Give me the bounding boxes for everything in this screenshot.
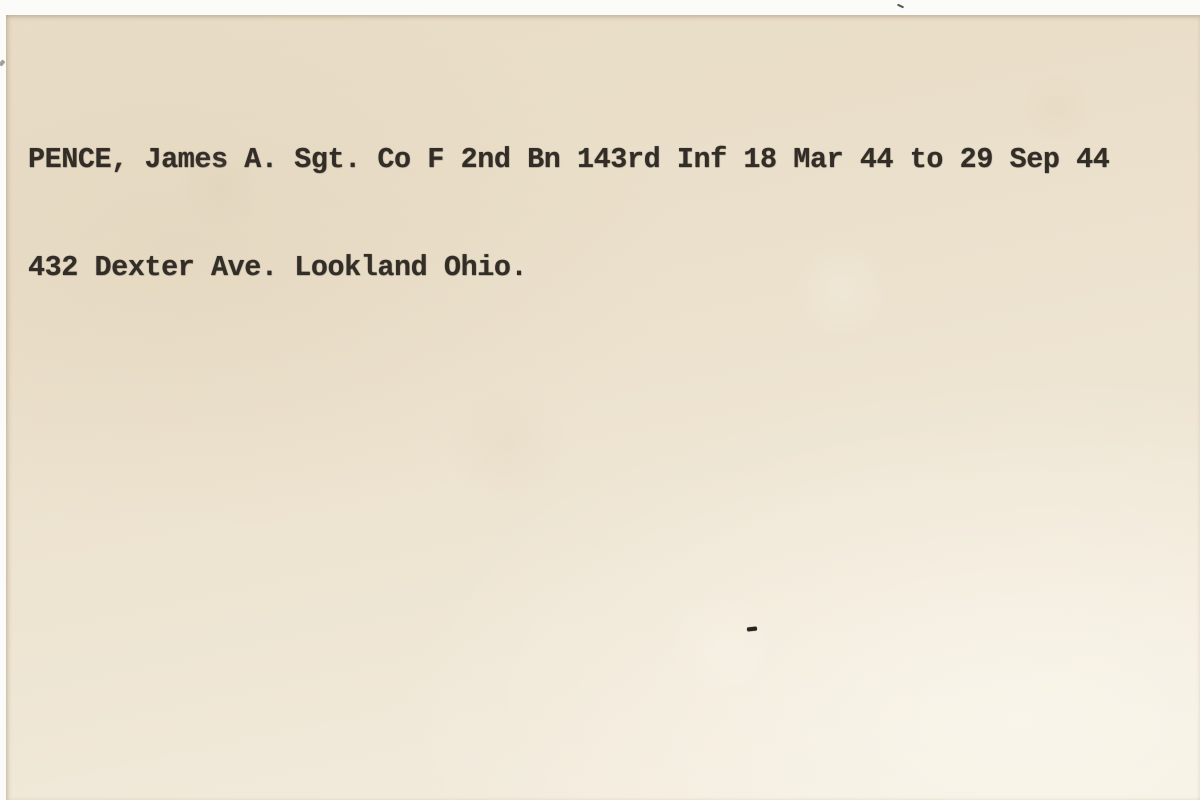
service-record-line: PENCE, James A. Sgt. Co F 2nd Bn 143rd I…: [28, 142, 1109, 178]
stray-dash-mark: [747, 626, 757, 631]
edge-nick-mark: [0, 59, 5, 66]
scan-speck: [897, 4, 904, 9]
index-card: PENCE, James A. Sgt. Co F 2nd Bn 143rd I…: [6, 15, 1200, 800]
address-line: 432 Dexter Ave. Lookland Ohio.: [28, 250, 1109, 286]
typed-text-block: PENCE, James A. Sgt. Co F 2nd Bn 143rd I…: [28, 70, 1109, 358]
